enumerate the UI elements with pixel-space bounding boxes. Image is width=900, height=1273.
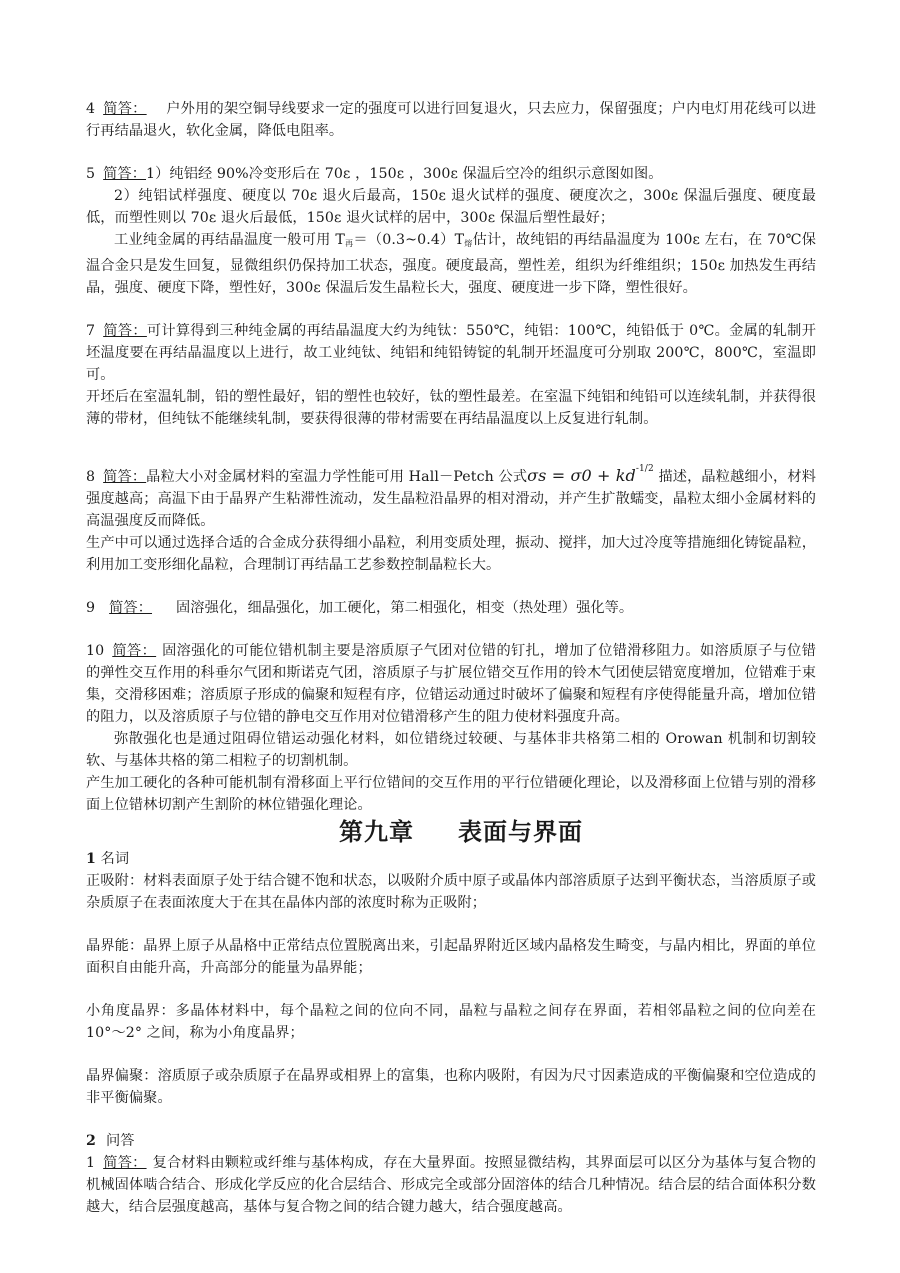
section-number: 2 [86,1133,96,1149]
answer-label: 简答： [109,600,152,616]
chapter-number: 第九章 [339,817,414,846]
answer-label: 简答： [103,1155,146,1171]
answer-q5-line2: 2）纯铝试样强度、硬度以 70ε 退火后最高，150ε 退火试样的强度、硬度次之… [86,185,816,229]
chapter-heading: 第九章表面与界面 [86,816,816,848]
question-number: 8 [86,469,95,485]
answer-text: 复合材料由颗粒或纤维与基体构成，存在大量界面。按照显微结构，其界面层可以区分为基… [86,1155,816,1215]
answer-label: 简答： [103,101,147,117]
answer-qa-1: 1简答：复合材料由颗粒或纤维与基体构成，存在大量界面。按照显微结构，其界面层可以… [86,1152,816,1218]
hall-petch-formula: σs = σ0 + kd-1/2 [527,466,654,485]
answer-text: 晶粒大小对金属材料的室温力学性能可用 Hall－Petch 公式 [146,469,527,485]
question-number: 4 [86,101,95,117]
answer-q7-para2: 开坯后在室温轧制，铅的塑性最好，铝的塑性也较好，钛的塑性最差。在室温下纯铝和纯铅… [86,386,816,430]
answer-q10: 10简答：固溶强化的可能位错机制主要是溶质原子气团对位错的钉扎，增加了位错滑移阻… [86,640,816,728]
section-label: 名词 [101,851,130,867]
term-definition: 晶界偏聚：溶质原子或杂质原子在晶界或相界上的富集，也称内吸附，有因为尺寸因素造成… [86,1065,816,1109]
term-definition: 小角度晶界：多晶体材料中，每个晶粒之间的位向不同，晶粒与晶粒之间存在界面，若相邻… [86,1000,816,1044]
answer-text: 可计算得到三种纯金属的再结晶温度大约为纯钛：550℃，纯铝：100℃，纯铅低于 … [86,323,816,383]
section-label: 问答 [106,1133,135,1149]
formula-exponent: -1/2 [636,464,654,474]
answer-label: 简答： [112,643,156,659]
question-number: 9 [86,600,95,616]
text: ＝（0.3~0.4）T [353,232,464,248]
term-definition: 晶界能：晶界上原子从晶格中正常结点位置脱离出来，引起晶界附近区域内晶格发生畸变，… [86,935,816,979]
answer-text: 固溶强化，细晶强化，加工硬化，第二相强化，相变（热处理）强化等。 [176,600,633,616]
chapter-title: 表面与界面 [458,817,583,846]
answer-label: 简答： [103,166,146,182]
answer-text: 固溶强化的可能位错机制主要是溶质原子气团对位错的钉扎，增加了位错滑移阻力。如溶质… [86,643,816,725]
answer-text: 户外用的架空铜导线要求一定的强度可以进行回复退火，只去应力，保留强度；户内电灯用… [86,101,816,139]
subscript: 熔 [464,239,472,248]
section-heading-terms: 1 名词 [86,848,816,870]
answer-q8-para2: 生产中可以通过选择合适的合金成分获得细小晶粒，利用变质处理，振动、搅拌，加大过冷… [86,532,816,576]
term-definition: 正吸附：材料表面原子处于结合键不饱和状态，以吸附介质中原子或晶体内部溶质原子达到… [86,870,816,914]
answer-q8: 8简答：晶粒大小对金属材料的室温力学性能可用 Hall－Petch 公式σs =… [86,458,816,532]
question-number: 7 [86,323,95,339]
answer-q5-line1: 5简答：1）纯铝经 90%冷变形后在 70ε ，150ε ，300ε 保温后空冷… [86,163,816,185]
answer-q5-line3: 工业纯金属的再结晶温度一般可用 T再＝（0.3~0.4）T熔估计，故纯铝的再结晶… [86,229,816,299]
answer-q10-para2: 弥散强化也是通过阻碍位错运动强化材料，如位错绕过较硬、与基体非共格第二相的 Or… [86,728,816,772]
answer-label: 简答： [103,323,147,339]
section-heading-qa: 2问答 [86,1130,816,1152]
answer-q4: 4简答： 户外用的架空铜导线要求一定的强度可以进行回复退火，只去应力，保留强度；… [86,98,816,142]
formula-body: σs = σ0 + kd [527,466,636,485]
question-number: 10 [86,643,104,659]
document-page: 4简答： 户外用的架空铜导线要求一定的强度可以进行回复退火，只去应力，保留强度；… [86,98,816,1218]
answer-q9: 9简答：固溶强化，细晶强化，加工硬化，第二相强化，相变（热处理）强化等。 [86,597,816,619]
answer-label: 简答： [103,469,146,485]
answer-q10-para3: 产生加工硬化的各种可能机制有滑移面上平行位错间的交互作用的平行位错硬化理论，以及… [86,772,816,816]
answer-q7: 7简答：可计算得到三种纯金属的再结晶温度大约为纯钛：550℃，纯铝：100℃，纯… [86,320,816,386]
question-number: 1 [86,1155,95,1171]
section-number: 1 [86,851,96,867]
question-number: 5 [86,166,95,182]
text: 工业纯金属的再结晶温度一般可用 T [114,232,345,248]
answer-text: 1）纯铝经 90%冷变形后在 70ε ，150ε ，300ε 保温后空冷的组织示… [146,166,663,182]
